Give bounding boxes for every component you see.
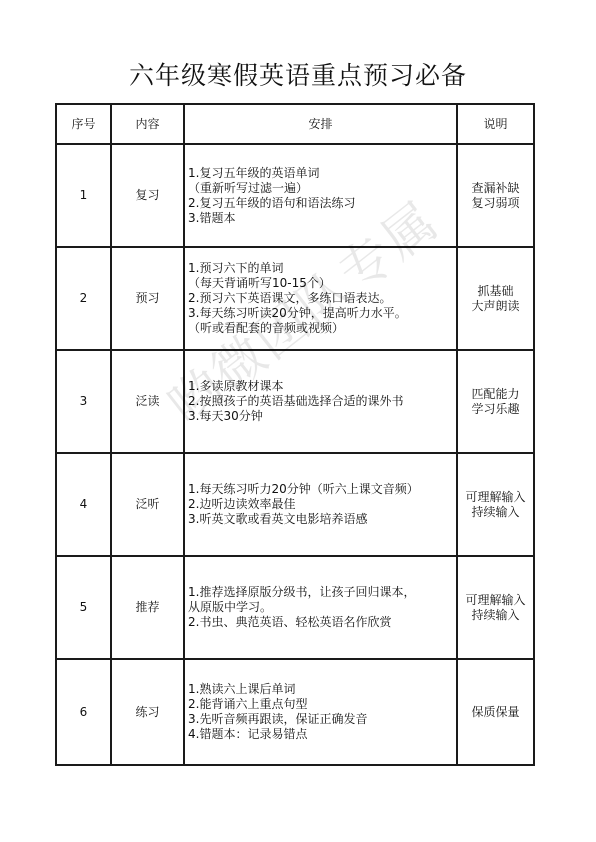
row-content: 推荐 [111, 556, 184, 659]
row-arrangement: 1.每天练习听力20分钟（听六上课文音频） 2.边听边读效率最佳 3.听英文歌或… [184, 453, 457, 556]
table-row: 4 泛听 1.每天练习听力20分钟（听六上课文音频） 2.边听边读效率最佳 3.… [56, 453, 534, 556]
row-no: 5 [56, 556, 111, 659]
row-arrangement: 1.多读原教材课本 2.按照孩子的英语基础选择合适的课外书 3.每天30分钟 [184, 350, 457, 453]
row-note: 保质保量 [457, 659, 534, 765]
row-content: 预习 [111, 247, 184, 350]
table-row: 5 推荐 1.推荐选择原版分级书，让孩子回归课本， 从原版中学习。 2.书虫、典… [56, 556, 534, 659]
study-plan-table: 序号 内容 安排 说明 1 复习 1.复习五年级的英语单词 （重新听写过滤一遍）… [55, 103, 535, 766]
row-note: 可理解输入 持续输入 [457, 453, 534, 556]
row-arrangement: 1.复习五年级的英语单词 （重新听写过滤一遍） 2.复习五年级的语句和语法练习 … [184, 144, 457, 247]
row-content: 泛读 [111, 350, 184, 453]
table-row: 6 练习 1.熟读六上课后单词 2.能背诵六上重点句型 3.先听音频再跟读，保证… [56, 659, 534, 765]
row-content: 泛听 [111, 453, 184, 556]
row-note: 匹配能力 学习乐趣 [457, 350, 534, 453]
row-note: 查漏补缺 复习弱项 [457, 144, 534, 247]
row-note: 可理解输入 持续输入 [457, 556, 534, 659]
row-no: 4 [56, 453, 111, 556]
table-row: 1 复习 1.复习五年级的英语单词 （重新听写过滤一遍） 2.复习五年级的语句和… [56, 144, 534, 247]
row-arrangement: 1.推荐选择原版分级书，让孩子回归课本， 从原版中学习。 2.书虫、典范英语、轻… [184, 556, 457, 659]
row-no: 2 [56, 247, 111, 350]
document-title: 六年级寒假英语重点预习必备 [0, 56, 596, 92]
table-row: 3 泛读 1.多读原教材课本 2.按照孩子的英语基础选择合适的课外书 3.每天3… [56, 350, 534, 453]
table-row: 2 预习 1.预习六下的单词 （每天背诵听写10-15个） 2.预习六下英语课文… [56, 247, 534, 350]
row-arrangement: 1.熟读六上课后单词 2.能背诵六上重点句型 3.先听音频再跟读，保证正确发音 … [184, 659, 457, 765]
header-content: 内容 [111, 104, 184, 144]
row-no: 3 [56, 350, 111, 453]
row-content: 练习 [111, 659, 184, 765]
header-arrangement: 安排 [184, 104, 457, 144]
table-header-row: 序号 内容 安排 说明 [56, 104, 534, 144]
row-note: 抓基础 大声朗读 [457, 247, 534, 350]
row-arrangement: 1.预习六下的单词 （每天背诵听写10-15个） 2.预习六下英语课文，多练口语… [184, 247, 457, 350]
row-no: 6 [56, 659, 111, 765]
header-no: 序号 [56, 104, 111, 144]
row-content: 复习 [111, 144, 184, 247]
row-no: 1 [56, 144, 111, 247]
header-note: 说明 [457, 104, 534, 144]
